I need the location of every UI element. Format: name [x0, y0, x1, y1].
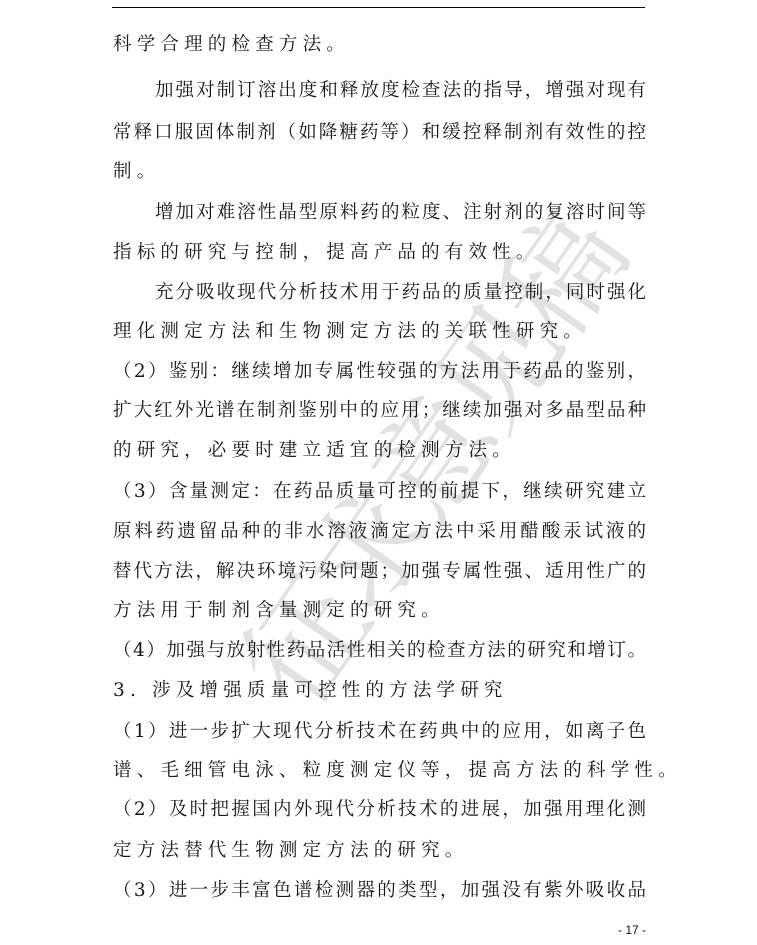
- text-line: （3）进一步丰富色谱检测器的类型，加强没有紫外吸收品: [113, 879, 646, 903]
- text-line: （4）加强与放射性药品活性相关的检查方法的研究和增订。: [113, 639, 646, 663]
- text-line: 原料药遗留品种的非水溶液滴定方法中采用醋酸汞试液的: [113, 520, 646, 544]
- document-page: 征求意见稿 科学合理的检查方法。 加强对制订溶出度和释放度检查法的指导，增强对现…: [0, 0, 757, 945]
- text-line: （2）及时把握国内外现代分析技术的进展，加强用理化测: [113, 798, 646, 822]
- text-line: 谱、毛细管电泳、粒度测定仪等，提高方法的科学性。: [113, 759, 682, 783]
- text-line: 定方法替代生物测定方法的研究。: [113, 839, 469, 863]
- text-line: 的研究，必要时建立适宜的检测方法。: [113, 439, 516, 463]
- text-line: （1）进一步扩大现代分析技术在药典中的应用，如离子色: [113, 720, 646, 744]
- text-line: （3）含量测定：在药品质量可控的前提下，继续研究建立: [113, 480, 646, 504]
- text-line: 充分吸收现代分析技术用于药品的质量控制，同时强化: [155, 281, 646, 305]
- body-text: 科学合理的检查方法。 加强对制订溶出度和释放度检查法的指导，增强对现有 常释口服…: [0, 0, 757, 945]
- text-line: 增加对难溶性晶型原料药的粒度、注射剂的复溶时间等: [155, 201, 646, 225]
- text-line: 方法用于制剂含量测定的研究。: [113, 599, 445, 623]
- text-line: 加强对制订溶出度和释放度检查法的指导，增强对现有: [155, 79, 646, 103]
- text-line: 替代方法，解决环境污染问题；加强专属性强、适用性广的: [113, 560, 646, 584]
- text-line: 理化测定方法和生物测定方法的关联性研究。: [113, 320, 587, 344]
- section-heading: 3. 涉及增强质量可控性的方法学研究: [113, 679, 508, 703]
- text-line: 科学合理的检查方法。: [113, 33, 350, 57]
- page-number: - 17 -: [618, 923, 646, 937]
- text-line: 扩大红外光谱在制剂鉴别中的应用；继续加强对多晶型品种: [113, 399, 646, 423]
- text-line: 常释口服固体制剂（如降糖药等）和缓控释制剂有效性的控: [113, 121, 646, 145]
- text-line: 制。: [113, 160, 160, 184]
- text-line: 指标的研究与控制，提高产品的有效性。: [113, 241, 540, 265]
- text-line: （2）鉴别：继续增加专属性较强的方法用于药品的鉴别，: [113, 360, 646, 384]
